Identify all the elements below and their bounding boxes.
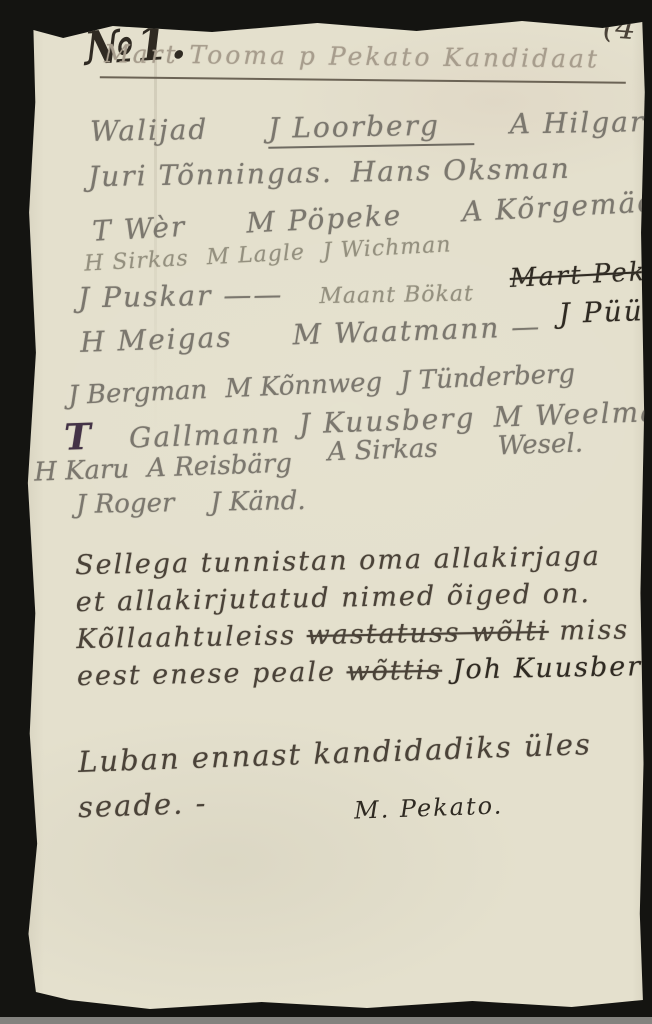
name-sirkas-a: A Sirkas	[327, 433, 438, 467]
name-waatmann: M Waatmann —	[292, 310, 542, 352]
page-corner-number: (4	[602, 7, 637, 47]
name-pekato-struck: Mart Pekato	[509, 254, 652, 294]
signature-line-1: WalijadJ LoorbergA Hilgar	[90, 105, 646, 148]
document-title: Mart Tooma p Pekato Kandidaat	[100, 39, 626, 84]
certification-statement: Sellega tunnistan oma allakirjaga et all…	[75, 537, 652, 695]
signature-line-2: Juri Tõnningas.Hans Oksman	[88, 152, 571, 193]
signature-line-6: H MeigasM Waatmann —J Püü	[80, 306, 645, 359]
name-joh-kuusberg: Joh Kuusberg	[452, 651, 652, 686]
name-bokat: Maant Bökat	[319, 281, 474, 309]
name-gallmann-initial: T	[63, 416, 93, 459]
name-korgemae: A Kõrgemäe	[461, 185, 652, 228]
name-wichman: J Wichman	[322, 232, 452, 264]
name-lagle: M Lagle	[206, 240, 306, 270]
name-reisbarg: A Reisbärg	[147, 449, 293, 484]
name-tonningas: Juri Tõnningas.	[88, 156, 333, 193]
name-walijad: Walijad	[90, 113, 209, 148]
struck-word: wõttis	[346, 655, 442, 688]
name-puskar: J Puskar ——	[78, 278, 284, 315]
name-meigas: H Meigas	[80, 321, 234, 359]
name-loorberg: J Loorberg	[268, 108, 474, 149]
name-puu: J Püü	[558, 294, 644, 330]
name-wesel: Wesel.	[497, 428, 583, 461]
name-karu: H Karu	[34, 454, 130, 487]
name-sirkas-h: H Sirkas	[84, 246, 190, 276]
name-tunderberg: J Tünderberg	[399, 359, 575, 397]
struck-words: wastatuss wõlti	[306, 616, 549, 651]
name-roger: J Roger	[76, 488, 175, 520]
signature-line-10: J RogerJ Känd.	[76, 486, 306, 520]
name-bergman: J Bergman	[68, 375, 208, 411]
name-konnweg: M Kõnnweg	[225, 367, 383, 404]
name-oksman: Hans Oksman	[351, 152, 572, 189]
manuscript-page: №1. (4 Mart Tooma p Pekato Kandidaat Wal…	[26, 12, 646, 1014]
name-kand: J Känd.	[210, 486, 306, 518]
closing-line-2: seade. -	[77, 786, 207, 824]
name-wer: T Wèr	[92, 210, 188, 248]
closing-line-1: Luban ennast kandidadiks üles	[78, 727, 593, 779]
scan-bottom-strip	[0, 1017, 652, 1024]
signature-m-pekato: M. Pekato.	[354, 791, 504, 824]
name-hilgar: A Hilgar	[510, 105, 646, 140]
name-popeke: M Pöpeke	[245, 199, 403, 240]
